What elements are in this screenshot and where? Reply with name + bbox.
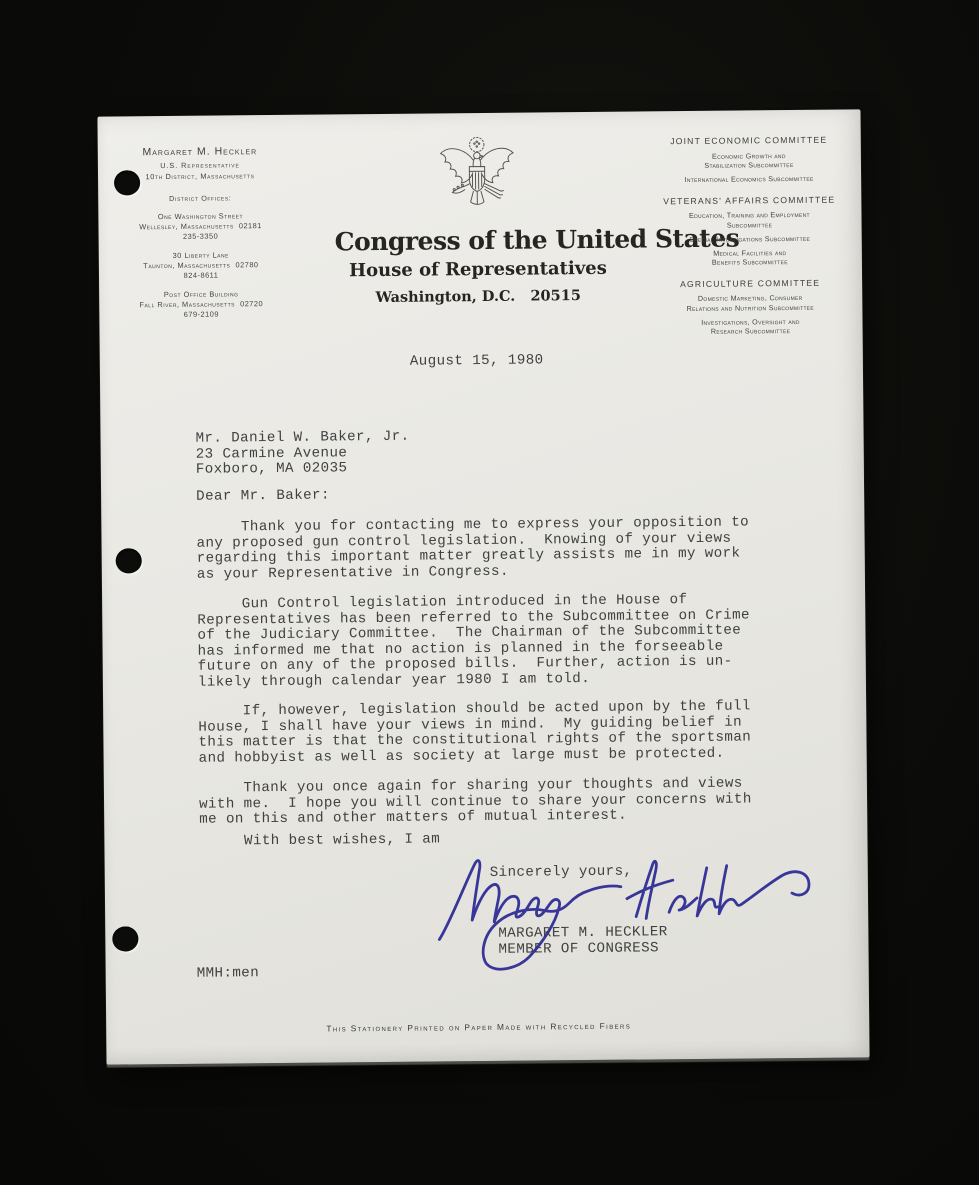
great-seal-eagle-icon (437, 135, 518, 220)
house-subtitle: House of Representatives (335, 258, 621, 282)
letter-sheet: Margaret M. Heckler U.S. Representative … (97, 109, 869, 1064)
district-office-taunton: 30 Liberty Lane Taunton, Massachusetts 0… (105, 250, 297, 282)
committee-veterans-affairs: VETERANS' AFFAIRS COMMITTEE Education, T… (646, 194, 853, 268)
committee-agriculture: AGRICULTURE COMMITTEE Domestic Marketing… (647, 277, 854, 337)
body-paragraph-3: If, however, legislation should be acted… (198, 699, 751, 766)
handwritten-signature (431, 851, 824, 989)
committee-name: VETERANS' AFFAIRS COMMITTEE (646, 194, 852, 207)
subcommittee: Economic Growth and Stabilization Subcom… (646, 150, 852, 171)
subcommittee: Domestic Marketing, Consumer Relations a… (647, 292, 853, 313)
reference-initials: MMH:men (197, 966, 260, 982)
subcommittee: International Economics Subcommittee (646, 173, 852, 184)
punch-hole-bottom (112, 926, 138, 951)
body-paragraph-1: Thank you for contacting me to express y… (196, 515, 749, 582)
committee-name: JOINT ECONOMIC COMMITTEE (646, 134, 852, 147)
photo-background: Margaret M. Heckler U.S. Representative … (0, 0, 979, 1185)
member-name: Margaret M. Heckler (104, 145, 296, 159)
pre-closing-line: With best wishes, I am (199, 832, 440, 850)
committee-joint-economic: JOINT ECONOMIC COMMITTEE Economic Growth… (646, 134, 852, 184)
body-paragraph-4: Thank you once again for sharing your th… (199, 776, 752, 828)
punch-hole-middle (116, 548, 142, 573)
salutation: Dear Mr. Baker: (196, 488, 330, 505)
letter-date: August 15, 1980 (410, 353, 544, 370)
committee-name: AGRICULTURE COMMITTEE (647, 277, 853, 290)
subcommittee: Medical Facilities and Benefits Subcommi… (647, 247, 853, 268)
member-title: U.S. Representative (104, 160, 296, 171)
letterhead-left-column: Margaret M. Heckler U.S. Representative … (104, 145, 298, 321)
district-office-wellesley: One Washington Street Wellesley, Massach… (104, 211, 296, 243)
district-offices-label: District Offices: (104, 193, 296, 204)
letterhead-center-column: Congress of the United States House of R… (334, 134, 622, 307)
congress-title: Congress of the United States (335, 225, 621, 257)
body-paragraph-2: Gun Control legislation introduced in th… (197, 592, 751, 690)
stationery-footer: This Stationery Printed on Paper Made wi… (106, 1018, 851, 1035)
subcommittee: Investigations, Oversight and Research S… (647, 316, 853, 337)
district-office-fall-river: Post Office Building Fall River, Massach… (105, 289, 297, 321)
washington-dc-line: Washington, D.C. 20515 (335, 287, 621, 307)
member-district: 10th District, Massachusetts (104, 171, 296, 182)
letterhead-committees-column: JOINT ECONOMIC COMMITTEE Economic Growth… (646, 134, 854, 336)
subcommittee: Special Investigations Subcommittee (647, 233, 853, 244)
subcommittee: Education, Training and Employment Subco… (646, 209, 852, 230)
recipient-address: Mr. Daniel W. Baker, Jr. 23 Carmine Aven… (195, 430, 409, 479)
